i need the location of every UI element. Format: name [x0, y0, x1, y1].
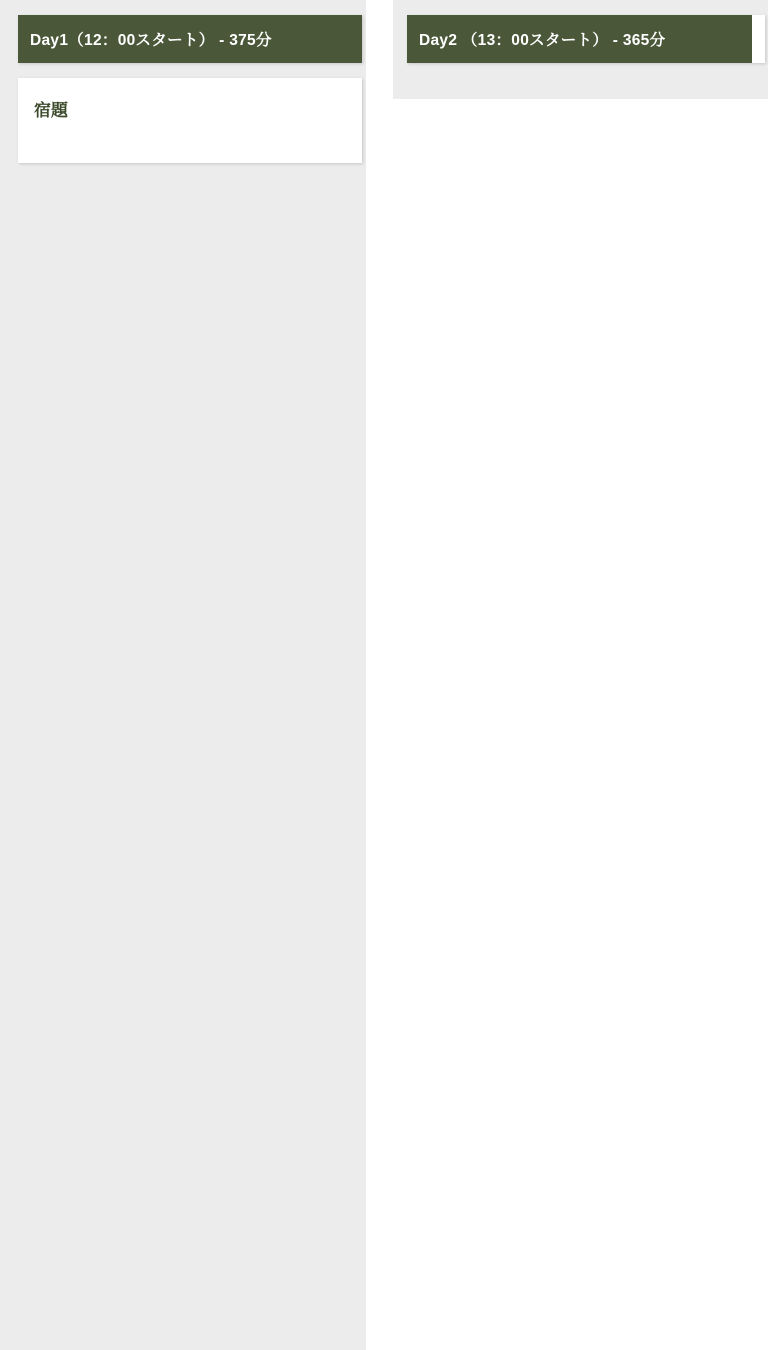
schedule-columns: Day1（12：00スタート） - 375分 宿題 Day2 （13：00スター…: [0, 0, 774, 1350]
homework-title: 宿題: [34, 96, 348, 121]
homework-card: 宿題: [18, 78, 362, 163]
day1-header: Day1（12：00スタート） - 375分: [18, 15, 362, 63]
day2-schedule-table: Day2 （13：00スタート） - 365分: [407, 15, 752, 63]
day1-schedule-card: Day1（12：00スタート） - 375分: [18, 15, 362, 63]
day2-panel: Day2 （13：00スタート） - 365分: [393, 0, 768, 99]
day2-header: Day2 （13：00スタート） - 365分: [407, 15, 752, 63]
day2-schedule-card: Day2 （13：00スタート） - 365分: [407, 15, 765, 63]
day1-schedule-table: Day1（12：00スタート） - 375分: [18, 15, 362, 63]
day1-panel: Day1（12：00スタート） - 375分 宿題: [0, 0, 366, 1350]
